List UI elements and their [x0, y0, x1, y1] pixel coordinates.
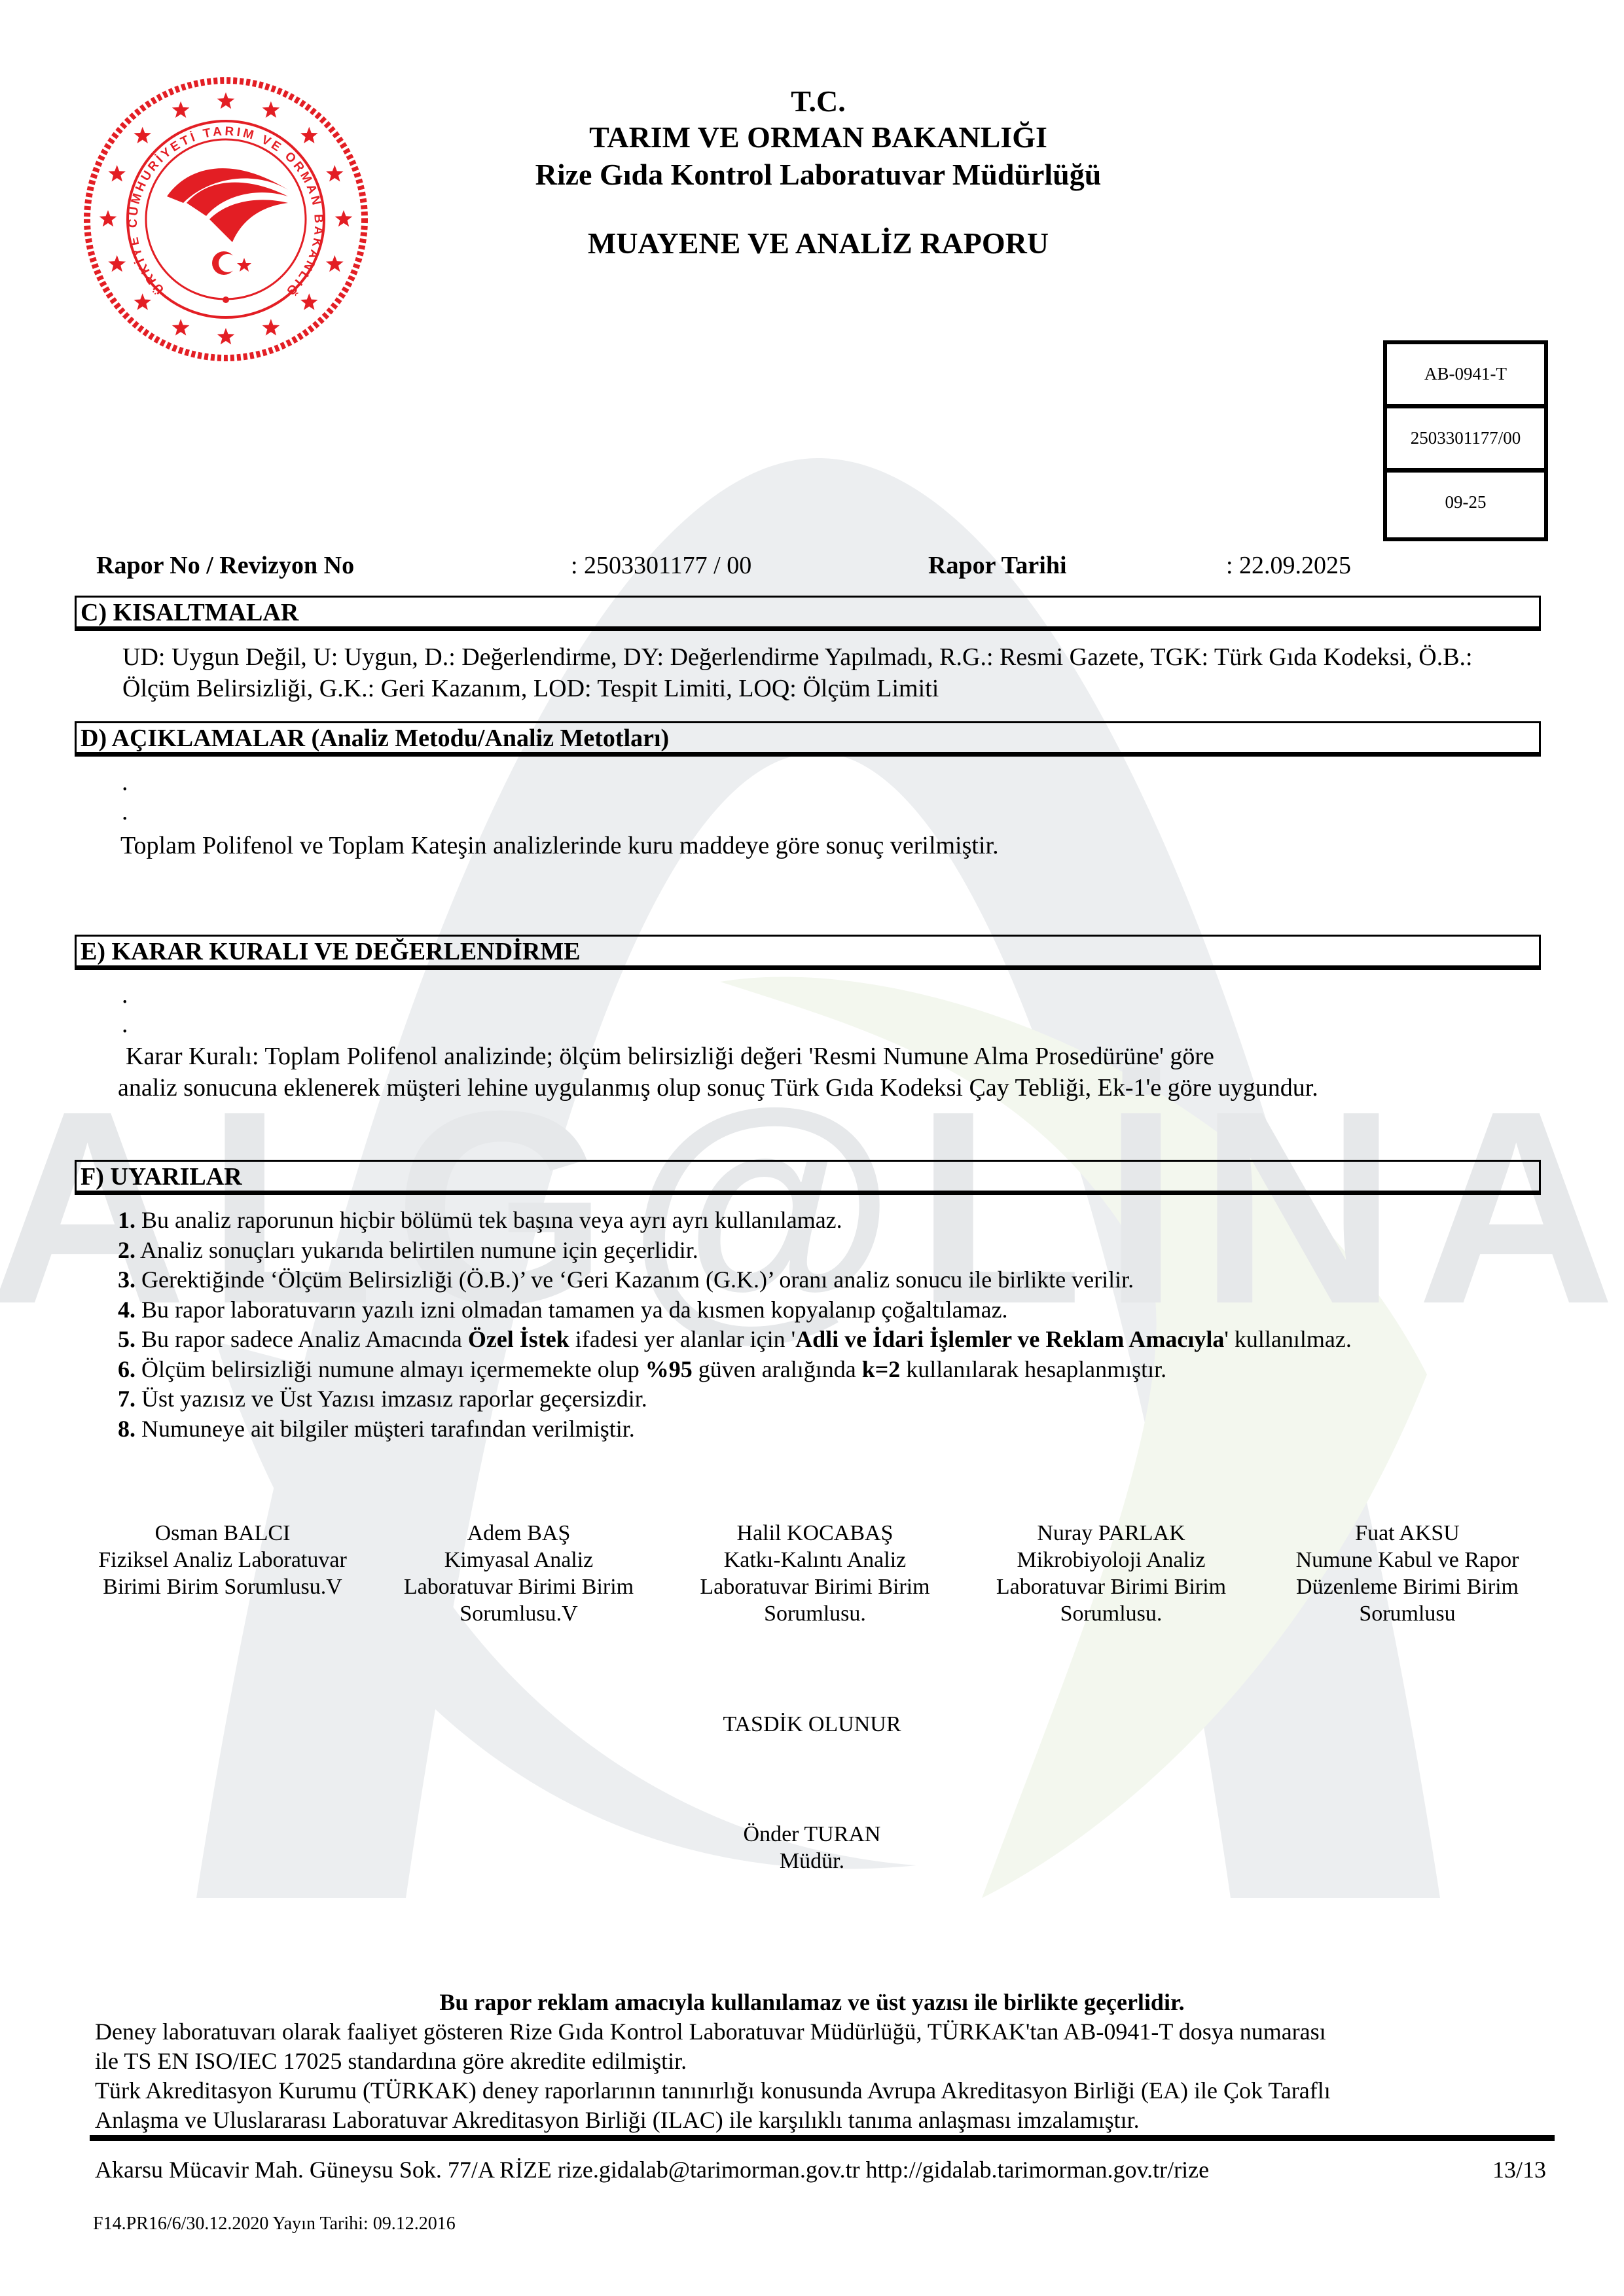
report-no-label: Rapor No / Revizyon No [96, 551, 354, 580]
warning-emphasis: k=2 [862, 1356, 901, 1382]
signatures-row: Osman BALCIFiziksel Analiz LaboratuvarBi… [79, 1520, 1551, 1627]
explanation-bullet: . [122, 769, 128, 795]
signatory-title: Düzenleme Birimi Birim [1263, 1573, 1551, 1600]
report-period-code: 09-25 [1387, 468, 1544, 532]
signatory-title: Mikrobiyoloji Analiz [967, 1547, 1255, 1573]
signature-block: Nuray PARLAKMikrobiyoloji AnalizLaboratu… [967, 1520, 1255, 1627]
warning-number: 3. [118, 1266, 135, 1293]
accreditation-number: AB-0941-T [1387, 344, 1544, 404]
signature-block: Adem BAŞKimyasal AnalizLaboratuvar Birim… [375, 1520, 663, 1627]
approval-label: TASDİK OLUNUR [0, 1712, 1624, 1737]
signatory-name: Osman BALCI [79, 1520, 367, 1547]
explanation-bullet: . [122, 798, 128, 825]
warning-item: 1. Bu analiz raporunun hiçbir bölümü tek… [118, 1206, 1525, 1236]
footer-notice: Bu rapor reklam amacıyla kullanılamaz ve… [0, 1988, 1624, 2016]
form-code: F14.PR16/6/30.12.2020 Yayın Tarihi: 09.1… [93, 2214, 456, 2234]
decision-bullet: . [122, 982, 128, 1008]
director-title: Müdür. [0, 1849, 1624, 1874]
warning-text: Bu analiz raporunun hiçbir bölümü tek ba… [135, 1207, 842, 1233]
signatory-name: Fuat AKSU [1263, 1520, 1551, 1547]
accreditation-line: Türk Akreditasyon Kurumu (TÜRKAK) deney … [95, 2076, 1555, 2106]
warning-text: Analiz sonuçları yukarıda belirtilen num… [135, 1237, 698, 1263]
accreditation-code-box: AB-0941-T 2503301177/00 09-25 [1383, 340, 1548, 541]
accreditation-line: ile TS EN ISO/IEC 17025 standardına göre… [95, 2047, 1555, 2076]
warning-item: 6. Ölçüm belirsizliği numune almayı içer… [118, 1355, 1525, 1385]
signatory-title: Birimi Birim Sorumlusu.V [79, 1573, 367, 1600]
signatory-name: Adem BAŞ [375, 1520, 663, 1547]
page-number: 13/13 [1492, 2156, 1546, 2183]
warning-number: 4. [118, 1297, 135, 1323]
warning-item: 7. Üst yazısız ve Üst Yazısı imzasız rap… [118, 1384, 1525, 1414]
section-d-header: D) AÇIKLAMALAR (Analiz Metodu/Analiz Met… [75, 721, 1541, 757]
warnings-list: 1. Bu analiz raporunun hiçbir bölümü tek… [118, 1206, 1525, 1444]
warning-number: 8. [118, 1416, 135, 1442]
decision-bullet: . [122, 1011, 128, 1037]
explanation-text: Toplam Polifenol ve Toplam Kateşin anali… [120, 830, 999, 861]
report-title: MUAYENE VE ANALİZ RAPORU [393, 226, 1244, 260]
signatory-title: Katkı-Kalıntı Analiz [671, 1547, 959, 1573]
signatory-title: Laboratuvar Birimi Birim [967, 1573, 1255, 1600]
warning-item: 4. Bu rapor laboratuvarın yazılı izni ol… [118, 1295, 1525, 1325]
signatory-title: Laboratuvar Birimi Birim [671, 1573, 959, 1600]
header-ministry: TARIM VE ORMAN BAKANLIĞI [393, 120, 1244, 154]
signatory-title: Numune Kabul ve Rapor [1263, 1547, 1551, 1573]
warning-text: Numuneye ait bilgiler müşteri tarafından… [135, 1416, 635, 1442]
header-laboratory: Rize Gıda Kontrol Laboratuvar Müdürlüğü [393, 157, 1244, 192]
report-date-value: : 22.09.2025 [1226, 551, 1351, 580]
signature-block: Halil KOCABAŞKatkı-Kalıntı AnalizLaborat… [671, 1520, 959, 1627]
warning-text: Bu rapor sadece Analiz Amacında [135, 1326, 468, 1352]
warning-text: Üst yazısız ve Üst Yazısı imzasız raporl… [135, 1386, 647, 1412]
accreditation-line: Anlaşma ve Uluslararası Laboratuvar Akre… [95, 2106, 1555, 2135]
warning-number: 6. [118, 1356, 135, 1382]
signatory-title: Sorumlusu. [967, 1600, 1255, 1627]
accreditation-statement: Deney laboratuvarı olarak faaliyet göste… [95, 2017, 1555, 2135]
warning-item: 3. Gerektiğinde ‘Ölçüm Belirsizliği (Ö.B… [118, 1265, 1525, 1295]
signatory-title: Sorumlusu. [671, 1600, 959, 1627]
warning-emphasis: Özel İstek [468, 1326, 569, 1352]
warning-text: Bu rapor laboratuvarın yazılı izni olmad… [135, 1297, 1008, 1323]
signatory-title: Kimyasal Analiz [375, 1547, 663, 1573]
warning-item: 2. Analiz sonuçları yukarıda belirtilen … [118, 1236, 1525, 1266]
abbreviations-text: UD: Uygun Değil, U: Uygun, D.: Değerlend… [122, 641, 1530, 704]
report-date-label: Rapor Tarihi [928, 551, 1067, 580]
warning-text: Ölçüm belirsizliği numune almayı içermem… [135, 1356, 645, 1382]
signatory-name: Nuray PARLAK [967, 1520, 1255, 1547]
decision-rule-line-2: analiz sonucuna eklenerek müşteri lehine… [118, 1072, 1318, 1103]
footer-address: Akarsu Mücavir Mah. Güneysu Sok. 77/A Rİ… [95, 2156, 1209, 2183]
warning-number: 1. [118, 1207, 135, 1233]
signature-block: Osman BALCIFiziksel Analiz LaboratuvarBi… [79, 1520, 367, 1627]
warning-item: 8. Numuneye ait bilgiler müşteri tarafın… [118, 1414, 1525, 1444]
warning-number: 2. [118, 1237, 135, 1263]
warning-text: ifadesi yer alanlar için ' [569, 1326, 795, 1352]
section-c-header: C) KISALTMALAR [75, 596, 1541, 631]
signatory-title: Sorumlusu [1263, 1600, 1551, 1627]
signatory-title: Sorumlusu.V [375, 1600, 663, 1627]
accreditation-line: Deney laboratuvarı olarak faaliyet göste… [95, 2017, 1555, 2047]
warning-text: güven aralığında [693, 1356, 862, 1382]
signatory-title: Laboratuvar Birimi Birim [375, 1573, 663, 1600]
ministry-logo: TÜRKİYE CUMHURİYETİ TARIM VE ORMAN BAKAN… [79, 72, 373, 367]
decision-rule-line-1: Karar Kuralı: Toplam Polifenol analizind… [126, 1041, 1214, 1072]
report-no-value: : 2503301177 / 00 [571, 551, 751, 580]
warning-number: 5. [118, 1326, 135, 1352]
warning-text: kullanılarak hesaplanmıştır. [900, 1356, 1166, 1382]
signatory-name: Halil KOCABAŞ [671, 1520, 959, 1547]
signatory-title: Fiziksel Analiz Laboratuvar [79, 1547, 367, 1573]
section-f-header: F) UYARILAR [75, 1160, 1541, 1195]
director-name: Önder TURAN [0, 1822, 1624, 1847]
report-revision-code: 2503301177/00 [1387, 404, 1544, 468]
warning-text: ' kullanılmaz. [1224, 1326, 1351, 1352]
signature-block: Fuat AKSUNumune Kabul ve RaporDüzenleme … [1263, 1520, 1551, 1627]
header-tc: T.C. [393, 84, 1244, 118]
warning-number: 7. [118, 1386, 135, 1412]
warning-item: 5. Bu rapor sadece Analiz Amacında Özel … [118, 1325, 1525, 1355]
footer-divider [90, 2135, 1555, 2141]
warning-emphasis: Adli ve İdari İşlemler ve Reklam Amacıyl… [795, 1326, 1224, 1352]
warning-text: Gerektiğinde ‘Ölçüm Belirsizliği (Ö.B.)’… [135, 1266, 1134, 1293]
warning-emphasis: %95 [645, 1356, 693, 1382]
section-e-header: E) KARAR KURALI VE DEĞERLENDİRME [75, 935, 1541, 970]
